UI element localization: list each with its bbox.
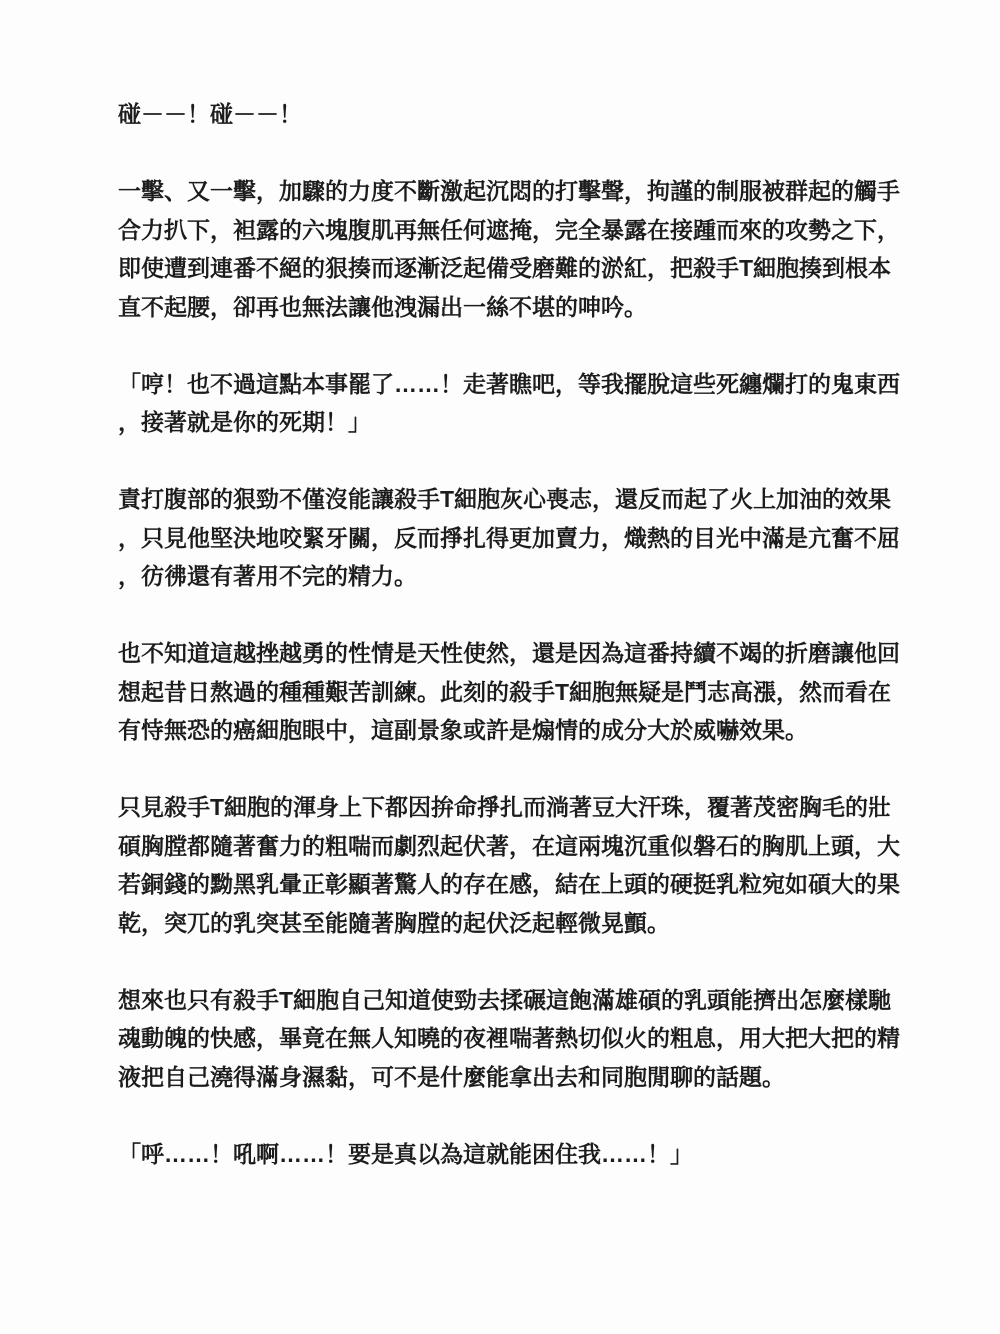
paragraph-dialogue-2: 「呼……！吼啊……！要是真以為這就能困住我……！」 xyxy=(118,1135,908,1174)
paragraph-narration-2: 責打腹部的狠勁不僅沒能讓殺手T細胞灰心喪志，還反而起了火上加油的效果 ，只見他堅… xyxy=(118,480,908,596)
document-page: 碰－－！碰－－！ 一擊、又一擊，加驟的力度不斷激起沉悶的打擊聲，拘謹的制服被群起… xyxy=(0,0,1000,1334)
paragraph-narration-3: 也不知道這越挫越勇的性情是天性使然，還是因為這番持續不竭的折磨讓他回 想起昔日熬… xyxy=(118,634,908,750)
paragraph-dialogue-1: 「哼！也不過這點本事罷了……！走著瞧吧，等我擺脫這些死纏爛打的鬼東西 ，接著就是… xyxy=(118,365,908,442)
paragraph-narration-4: 只見殺手T細胞的渾身上下都因拚命掙扎而淌著豆大汗珠，覆著茂密胸毛的壯 碩胸膛都隨… xyxy=(118,788,908,942)
paragraph-narration-1: 一擊、又一擊，加驟的力度不斷激起沉悶的打擊聲，拘謹的制服被群起的觸手 合力扒下，… xyxy=(118,172,908,326)
paragraph-narration-5: 想來也只有殺手T細胞自己知道使勁去揉碾這飽滿雄碩的乳頭能擠出怎麼樣馳 魂動魄的快… xyxy=(118,981,908,1097)
paragraph-sound-effect: 碰－－！碰－－！ xyxy=(118,95,908,134)
